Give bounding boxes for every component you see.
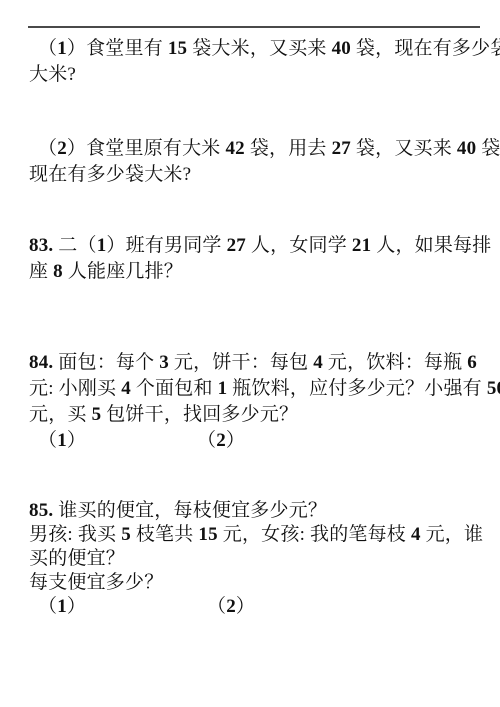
answer-label-1: （1） (38, 596, 86, 617)
problem-83: 83. 二（1）班有男同学 27 人，女同学 21 人，如果每排 座 8 人能座… (29, 233, 494, 285)
answer-label-2: （2） (197, 428, 245, 454)
answer-label-1: （1） (38, 430, 86, 451)
problem-sub-2: （2）食堂里原有大米 42 袋，用去 27 袋，又买来 40 袋， 现在有多少袋… (29, 136, 494, 188)
problem-text-line: 83. 二（1）班有男同学 27 人，女同学 21 人，如果每排 (29, 233, 494, 259)
problem-text-line: 85. 谁买的便宜，每枝便宜多少元？ (29, 499, 494, 523)
answer-label-2: （2） (207, 595, 255, 619)
problem-text-line: （2）食堂里原有大米 42 袋，用去 27 袋，又买来 40 袋， (29, 136, 494, 162)
worksheet-page: （1）食堂里有 15 袋大米，又买来 40 袋，现在有多少袋 大米? （2）食堂… (0, 0, 500, 707)
problem-text-line: 元，买 5 包饼干，找回多少元？ (29, 402, 494, 428)
answer-blanks-row: （1） （2） (29, 595, 494, 619)
problem-text-line: 元: 小刚买 4 个面包和 1 瓶饮料，应付多少元？小强有 50 (29, 376, 494, 402)
problem-text-line: 每支便宜多少？ (29, 571, 494, 595)
problem-text-line: 座 8 人能座几排？ (29, 259, 494, 285)
problem-text-line: 84. 面包：每个 3 元，饼干：每包 4 元，饮料：每瓶 6 (29, 350, 494, 376)
problem-text-line: 现在有多少袋大米? (29, 162, 494, 188)
problem-sub-1: （1）食堂里有 15 袋大米，又买来 40 袋，现在有多少袋 大米? (29, 36, 494, 88)
problem-85: 85. 谁买的便宜，每枝便宜多少元？ 男孩: 我买 5 枝笔共 15 元，女孩:… (29, 499, 494, 619)
problem-84: 84. 面包：每个 3 元，饼干：每包 4 元，饮料：每瓶 6 元: 小刚买 4… (29, 350, 494, 454)
problem-text-line: 买的便宜？ (29, 547, 494, 571)
problem-text-line: （1）食堂里有 15 袋大米，又买来 40 袋，现在有多少袋 (29, 36, 494, 62)
top-divider-line (28, 26, 480, 28)
problem-text-line: 大米? (29, 62, 494, 88)
problem-text-line: 男孩: 我买 5 枝笔共 15 元，女孩: 我的笔每枝 4 元，谁 (29, 523, 494, 547)
answer-blanks-row: （1） （2） (29, 428, 494, 454)
